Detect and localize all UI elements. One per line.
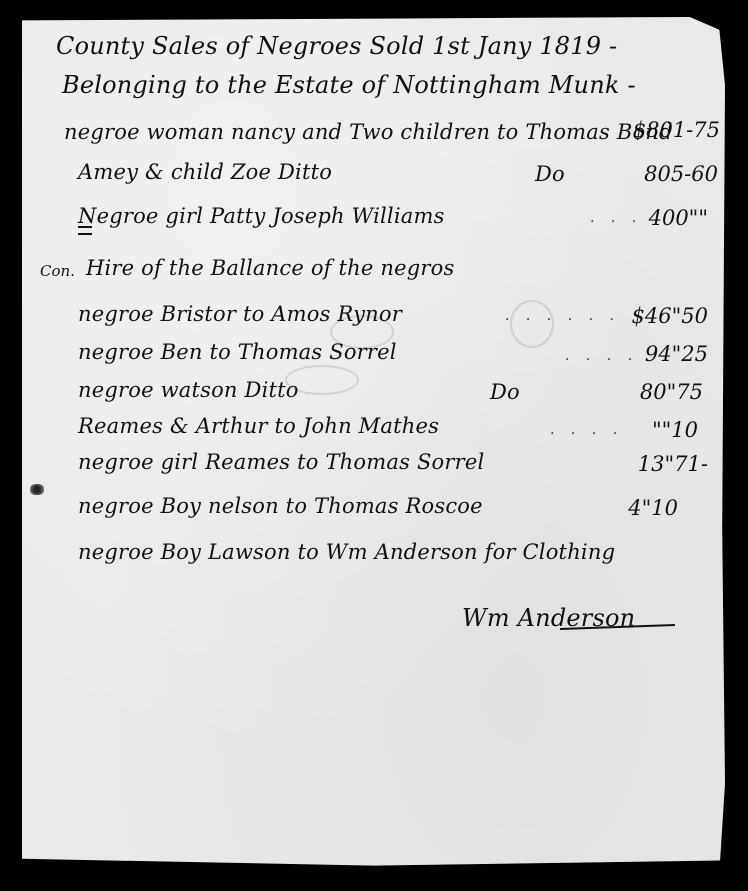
leader-dots: . . . . <box>565 348 638 364</box>
hire-row-ditto: Do <box>490 380 520 404</box>
sale-row-amount: $801-75 <box>633 118 720 142</box>
sale-row-amount: 400"" <box>649 206 708 230</box>
hire-row-description: negroe Ben to Thomas Sorrel <box>78 340 397 364</box>
sale-row-description: negroe woman nancy and Two children to T… <box>64 120 673 144</box>
hire-row-amount: 94"25 <box>645 342 708 366</box>
sale-row-ditto: Do <box>535 162 565 186</box>
leader-dots: . . . . <box>550 422 623 438</box>
hire-row-amount: 4"10 <box>628 496 678 520</box>
hire-row-description: negroe Boy nelson to Thomas Roscoe <box>78 494 483 518</box>
hire-row-description: negroe Bristor to Amos Rynor <box>78 302 402 326</box>
leader-dots: . . . <box>590 210 642 226</box>
hire-row-amount: $46"50 <box>632 304 708 328</box>
document-title-line: County Sales of Negroes Sold 1st Jany 18… <box>56 32 617 60</box>
sale-row-description: Negroe girl Patty Joseph Williams <box>78 204 445 228</box>
document-subtitle-line: Belonging to the Estate of Nottingham Mu… <box>62 71 636 99</box>
leader-dots: . . . . . . <box>505 308 620 324</box>
hire-row-description: negroe watson Ditto <box>78 378 299 402</box>
hire-row-description: negroe girl Reames to Thomas Sorrel <box>78 450 484 474</box>
hire-row-description: Reames & Arthur to John Mathes <box>78 414 439 438</box>
hire-section-heading: Hire of the Ballance of the negros <box>86 256 454 280</box>
hire-row-amount: 13"71- <box>638 452 708 476</box>
double-underline-mark <box>78 226 92 235</box>
hire-row-amount: 80"75 <box>640 380 703 404</box>
hire-row-description: negroe Boy Lawson to Wm Anderson for Clo… <box>78 540 615 564</box>
margin-note: Con. <box>40 262 75 280</box>
sale-row-description: Amey & child Zoe Ditto <box>78 160 332 184</box>
sale-row-amount: 805-60 <box>644 162 718 186</box>
document-page <box>22 17 725 869</box>
ink-blot <box>30 484 44 495</box>
hire-row-amount: ""10 <box>652 418 698 442</box>
